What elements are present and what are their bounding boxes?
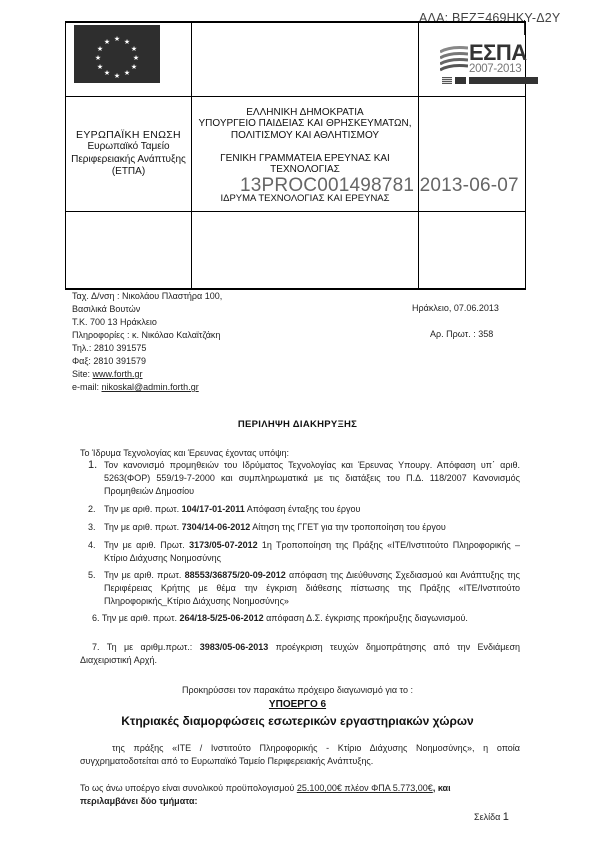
list-item-text: Την με αριθ. πρωτ. 7304/14-06-2012 Αίτησ…	[104, 521, 520, 534]
svg-text:★: ★	[133, 54, 139, 62]
secretariat-label: ΓΕΝΙΚΗ ΓΡΑΜΜΑΤΕΙΑ ΕΡΕΥΝΑΣ ΚΑΙ	[192, 153, 418, 165]
eu-fund-label-2: Περιφερειακής Ανάπτυξης	[66, 154, 191, 167]
svg-text:★: ★	[114, 35, 120, 43]
budget-paragraph: Το ως άνω υποέργο είναι συνολικού προϋπο…	[80, 782, 520, 808]
svg-text:★: ★	[104, 38, 110, 46]
announcement-text: Προκηρύσσει τον παρακάτω πρόχειρο διαγων…	[0, 685, 595, 695]
espa-wave-icon	[440, 44, 468, 74]
eu-fund-cell: ΕΥΡΩΠΑΪΚΗ ΕΝΩΣΗ Ευρωπαϊκό Ταμείο Περιφερ…	[66, 96, 192, 211]
email-link[interactable]: nikoskal@admin.forth.gr	[102, 382, 199, 392]
sender-fax: Φαξ: 2810 391579	[72, 355, 222, 368]
svg-text:★: ★	[95, 54, 101, 62]
ministry-label-2: ΠΟΛΙΤΙΣΜΟΥ ΚΑΙ ΑΘΛΗΤΙΣΜΟΥ	[192, 130, 418, 142]
svg-text:★: ★	[131, 45, 137, 53]
budget-parts-text: περιλαμβάνει δύο τμήματα:	[80, 796, 198, 806]
budget-amount: 25.100,00€ πλέον ΦΠΑ 5.773,00€	[297, 783, 433, 793]
list-item-number: 4.	[88, 539, 96, 552]
greek-eu-flags-icon	[442, 77, 466, 84]
place-date: Ηράκλειο, 07.06.2013	[412, 303, 499, 313]
funding-paragraph: της πράξης «ΙΤΕ / Ινστιτούτο Πληροφορική…	[80, 742, 520, 768]
svg-text:★: ★	[97, 63, 103, 71]
secretariat-label-2: ΤΕΧΝΟΛΟΓΙΑΣ	[192, 164, 418, 176]
svg-text:★: ★	[114, 72, 120, 80]
sender-info: Πληροφορίες : κ. Νικόλαο Καλαϊτζάκη	[72, 329, 222, 342]
sender-postal: Τ.Κ. 700 13 Ηράκλειο	[72, 316, 222, 329]
empty-footer-cell-1	[66, 211, 192, 289]
svg-text:★: ★	[124, 69, 130, 77]
sender-email: e-mail: nikoskal@admin.forth.gr	[72, 381, 222, 394]
eu-flag-icon: ★ ★ ★ ★ ★ ★ ★ ★ ★ ★ ★ ★	[74, 25, 160, 83]
email-label: e-mail:	[72, 382, 102, 392]
list-item-text: Την με αριθ. πρωτ. 104/17-01-2011 Απόφασ…	[104, 503, 520, 516]
protocol-number: Αρ. Πρωτ. : 358	[430, 329, 493, 339]
list-item-text: Την με αριθ. πρωτ. 88553/36875/20-09-201…	[104, 569, 520, 608]
eu-union-label: ΕΥΡΩΠΑΪΚΗ ΕΝΩΣΗ	[66, 129, 191, 142]
sender-address-2: Βασιλικά Βουτών	[72, 303, 222, 316]
sender-block: Ταχ. Δ/νση : Νικολάου Πλαστήρα 100, Βασι…	[72, 290, 222, 394]
subproject-heading: ΥΠΟΕΡΓΟ 6	[0, 699, 595, 710]
empty-header-cell	[192, 22, 419, 96]
svg-text:★: ★	[104, 69, 110, 77]
list-item-number: 5.	[88, 569, 96, 582]
site-label: Site:	[72, 369, 93, 379]
budget-text-post: , και	[433, 783, 451, 793]
list-item-text: Την με αριθ. Πρωτ. 3173/05-07-2012 1η Τρ…	[104, 539, 520, 565]
espa-logo: ΕΣΠΑ 2007-2013	[440, 40, 540, 86]
proc-stamp: 13PROC001498781 2013-06-07	[240, 175, 519, 197]
list-item-number: 3.	[88, 521, 96, 534]
ministry-label: ΥΠΟΥΡΓΕΙΟ ΠΑΙΔΕΙΑΣ ΚΑΙ ΘΡΗΣΚΕΥΜΑΤΩΝ,	[192, 118, 418, 130]
empty-footer-cell-2	[192, 211, 419, 289]
sender-address: Ταχ. Δ/νση : Νικολάου Πλαστήρα 100,	[72, 290, 222, 303]
espa-slogan-bar	[469, 77, 538, 84]
list-item-number: 1.	[88, 459, 97, 472]
subproject-title: Κτηριακές διαμορφώσεις εσωτερικών εργαστ…	[0, 714, 595, 728]
site-link[interactable]: www.forth.gr	[93, 369, 143, 379]
eu-flag-cell: ★ ★ ★ ★ ★ ★ ★ ★ ★ ★ ★ ★	[66, 22, 192, 96]
eu-fund-label: Ευρωπαϊκό Ταμείο	[66, 141, 191, 154]
page-number-label: Σελίδα 1	[474, 811, 509, 823]
empty-footer-cell-3	[419, 211, 526, 289]
sender-site: Site: www.forth.gr	[72, 368, 222, 381]
svg-text:★: ★	[97, 45, 103, 53]
list-item-text: Τον κανονισμό προμηθειών του Ιδρύματος Τ…	[104, 459, 520, 498]
espa-years: 2007-2013	[469, 63, 521, 75]
document-title: ΠΕΡΙΛΗΨΗ ΔΙΑΚΗΡΥΞΗΣ	[0, 419, 595, 430]
list-item-text: 6. Την με αριθ. πρωτ. 264/18-5/25-06-201…	[80, 612, 520, 625]
eu-fund-abbrev: (ΕΤΠΑ)	[66, 166, 191, 179]
intro-text: Το Ίδρυμα Τεχνολογίας και Έρευνας έχοντα…	[80, 448, 289, 458]
list-item-number: 2.	[88, 503, 96, 516]
republic-label: ΕΛΛΗΝΙΚΗ ΔΗΜΟΚΡΑΤΙΑ	[192, 107, 418, 119]
budget-text: Το ως άνω υποέργο είναι συνολικού προϋπο…	[80, 783, 297, 793]
page-number: 1	[503, 811, 509, 823]
svg-text:★: ★	[124, 38, 130, 46]
svg-text:★: ★	[131, 63, 137, 71]
list-item-text: 7. Τη με αριθμ.πρωτ.: 3983/05-06-2013 πρ…	[80, 641, 520, 667]
sender-phone: Τηλ.: 2810 391575	[72, 342, 222, 355]
